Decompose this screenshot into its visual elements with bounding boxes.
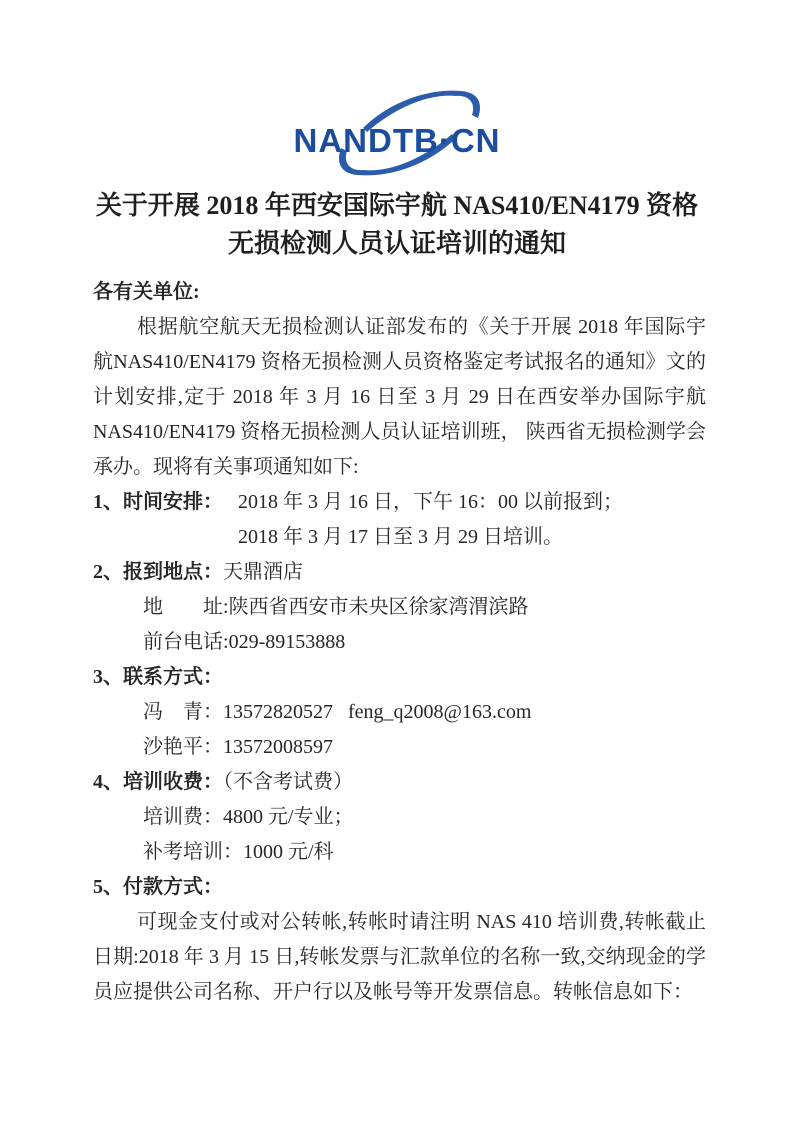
venue-section: 2、报到地点：天鼎酒店 bbox=[93, 555, 706, 590]
fees-section: 4、培训收费：（不含考试费） bbox=[93, 765, 706, 800]
venue-phone-value: 029-89153888 bbox=[229, 631, 346, 653]
notice-body: 各有关单位: 根据航空航天无损检测认证部发布的《关于开展 2018 年国际宇航N… bbox=[93, 275, 706, 1010]
page-title-line-2: 无损检测人员认证培训的通知 bbox=[0, 225, 794, 263]
contacts-label: 3、联系方式： bbox=[93, 660, 706, 695]
fees-label: 4、培训收费： bbox=[93, 771, 223, 793]
payment-paragraph: 可现金支付或对公转帐,转帐时请注明 NAS 410 培训费,转帐截止日期:201… bbox=[93, 905, 706, 1010]
nandtb-logo-icon: NANDTB·CN bbox=[277, 80, 517, 180]
venue-phone-label: 前台电话: bbox=[143, 631, 229, 653]
schedule-section: 1、时间安排：2018 年 3 月 16 日，下午 16：00 以前报到； bbox=[93, 485, 706, 520]
nandtb-logo: NANDTB·CN bbox=[0, 0, 794, 185]
venue-address-value: 陕西省西安市未央区徐家湾渭滨路 bbox=[229, 596, 529, 618]
fee-line-2: 补考培训：1000 元/科 bbox=[93, 835, 706, 870]
greeting: 各有关单位: bbox=[93, 275, 706, 310]
venue-label: 2、报到地点： bbox=[93, 561, 223, 583]
contact-1-phone: 13572820527 bbox=[223, 695, 348, 730]
contact-2-phone: 13572008597 bbox=[223, 730, 348, 765]
venue-name: 天鼎酒店 bbox=[223, 561, 303, 583]
venue-address-label: 地 址: bbox=[143, 596, 229, 618]
contact-1-email: feng_q2008@163.com bbox=[348, 701, 531, 723]
schedule-line-2: 2018 年 3 月 17 日至 3 月 29 日培训。 bbox=[93, 520, 706, 555]
payment-label: 5、付款方式： bbox=[93, 870, 706, 905]
schedule-line-1: 2018 年 3 月 16 日，下午 16：00 以前报到； bbox=[238, 491, 623, 513]
page-title-line-1: 关于开展 2018 年西安国际宇航 NAS410/EN4179 资格 bbox=[0, 187, 794, 225]
logo-text: NANDTB·CN bbox=[294, 122, 501, 159]
contact-row-1: 冯 青：13572820527feng_q2008@163.com bbox=[93, 695, 706, 730]
fee-line-1: 培训费：4800 元/专业； bbox=[93, 800, 706, 835]
schedule-label: 1、时间安排： bbox=[93, 485, 238, 520]
page-title: 关于开展 2018 年西安国际宇航 NAS410/EN4179 资格 无损检测人… bbox=[0, 187, 794, 263]
contact-row-2: 沙艳平：13572008597 bbox=[93, 730, 706, 765]
intro-paragraph: 根据航空航天无损检测认证部发布的《关于开展 2018 年国际宇航NAS410/E… bbox=[93, 310, 706, 485]
venue-phone-row: 前台电话:029-89153888 bbox=[93, 625, 706, 660]
fees-note: （不含考试费） bbox=[223, 771, 353, 793]
contact-1-name: 冯 青： bbox=[143, 695, 223, 730]
venue-address-row: 地 址:陕西省西安市未央区徐家湾渭滨路 bbox=[93, 590, 706, 625]
contact-2-name: 沙艳平： bbox=[143, 730, 223, 765]
notice-document-page: NANDTB·CN 关于开展 2018 年西安国际宇航 NAS410/EN417… bbox=[0, 0, 794, 1123]
